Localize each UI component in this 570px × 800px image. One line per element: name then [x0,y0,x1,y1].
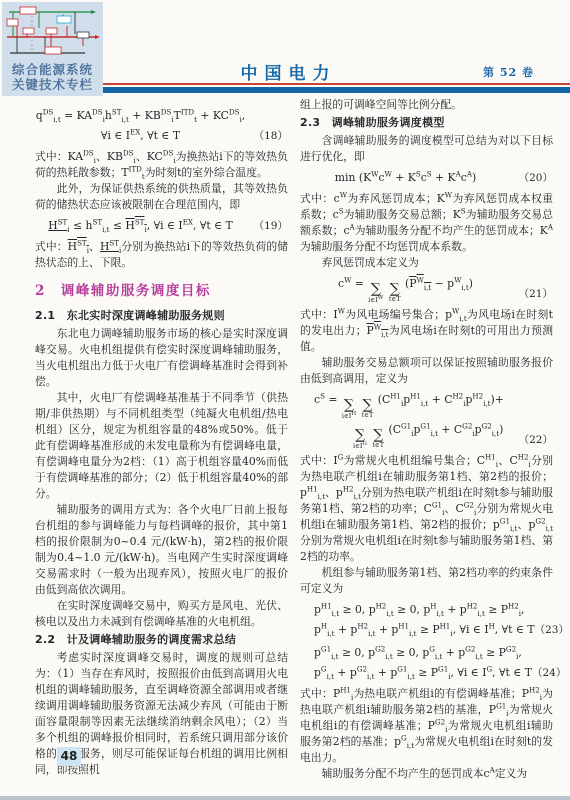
equation-18-number: （18） [246,126,288,146]
paragraph: 东北电力调峰辅助服务市场的核心是实时深度调峰交易。火电机组提供有偿实时深度调峰辅… [35,326,288,390]
paragraph: 辅助服务交易总额项可以保证按照辅助服务报价由低到高调用，定义为 [300,355,553,387]
equation-24: pG1i,t ≥ 0, pG2i,t ≥ 0, pGi,t + pG2i,t ≥… [300,643,553,683]
equation-24-line1: pG1i,t ≥ 0, pG2i,t ≥ 0, pGi,t + pG2i,t ≥… [314,643,532,663]
subsection-heading-2-1: 2.1 东北实时深度调峰辅助服务规则 [35,308,288,324]
equation-22-line2: ∑i∈IG ∑t∈T (CG1ipG1i,t + CG2ipG2i,t) [314,420,511,450]
equation-23: pH1i,t ≥ 0, pH2i,t ≥ 0, pHi,t + pH2i,t ≥… [300,600,553,640]
equation-22-number: （22） [511,430,553,450]
paragraph: 式中：HSTi、HSTi分别为换热站i下的等效热负荷的储热状态的上、下限。 [35,239,288,271]
equation-18: qDSi,t = KADSihSTi,t + KBDSiTITDt + KCDS… [35,106,288,146]
equation-20-number: （20） [511,168,553,188]
equation-20-line1: min (KWcW + KScS + KAcA) [300,168,511,188]
equation-18-line1: qDSi,t = KADSihSTi,t + KBDSiTITDt + KCDS… [35,106,246,126]
paragraph: 辅助服务分配不均产生的惩罚成本cA定义为 [300,766,553,782]
equation-24-line2: pGi,t + pG2i,t + pG1i,t ≥ PG1i, ∀i ∈ IG,… [314,663,532,683]
energy-system-diagram-icon [5,4,100,58]
equation-19-line1: HSTi ≤ hSTi,t ≤ HSTi, ∀i ∈ IEX, ∀t ∈ T [35,216,246,236]
header-rule-red [103,83,570,85]
subsection-heading-2-2: 2.2 计及调峰辅助服务的调度需求总结 [35,632,288,648]
header-rule-blue [103,87,570,93]
equation-22-line1: cS = ∑i∈IH ∑t∈T (CH1ipH1i,t + CH2ipH2i,t… [314,390,511,420]
paragraph: 此外，为保证供热系统的供热质量，其等效热负荷的储热状态应该被限制在合理范围内，即 [35,181,288,213]
paragraph: 在实时深度调峰交易中，购买方是风电、光伏、核电以及出力未减到有偿调峰基准的火电机… [35,598,288,630]
paragraph: 机组参与辅助服务第1档、第2档功率的约束条件可定义为 [300,565,553,597]
subsection-heading-2-3: 2.3 调峰辅助服务调度模型 [300,115,553,131]
paragraph: 组上报的可调峰空间等比例分配。 [300,97,553,113]
page-bottom-edge [0,796,570,800]
equation-23-number: （23） [535,620,569,640]
equation-21: cW = ∑i∈IW ∑t∈T (PWi,t − pWi,t) （21） [300,274,553,304]
paragraph: 其中，火电厂有偿调峰基准基于不同季节（供热期/非供热期）与不同机组类型（纯凝火电… [35,390,288,502]
equation-19: HSTi ≤ hSTi,t ≤ HSTi, ∀i ∈ IEX, ∀t ∈ T （… [35,216,288,236]
equation-21-line1: cW = ∑i∈IW ∑t∈T (PWi,t − pWi,t) [300,274,511,304]
paragraph: 弃风惩罚成本定义为 [300,255,553,271]
volume-label: 第 52 卷 [483,64,534,80]
equation-21-number: （21） [511,284,553,304]
page-number: 48 [57,747,81,766]
equation-20: min (KWcW + KScS + KAcA) （20） [300,168,553,188]
paragraph: 式中：PH1i为热电联产机组i的有偿调峰基准；PH2i为热电联产机组i辅助服务第… [300,686,553,766]
paragraph: 式中：IW为风电场编号集合；pWi,t为风电场i在时刻t的发电出力；PWi,t为… [300,307,553,355]
left-column: qDSi,t = KADSihSTi,t + KBDSiTITDt + KCDS… [35,103,288,778]
equation-19-number: （19） [246,216,288,236]
paragraph: 式中：cW为弃风惩罚成本；KW为弃风惩罚成本权重系数；cS为辅助服务交易总额；K… [300,191,553,255]
paragraph: 式中：KADSi、KBDSi、KCDSi为换热站i下的等效热负荷的热耗散参数；T… [35,149,288,181]
paragraph: 式中：IG为常规火电机组编号集合；CH1i、CH2i分别为热电联产机组i在辅助服… [300,453,553,565]
journal-page: 综合能源系统 关键技术专栏 中国电力 第 52 卷 qDSi,t = KADSi… [0,0,570,800]
equation-22: cS = ∑i∈IH ∑t∈T (CH1ipH1i,t + CH2ipH2i,t… [300,390,553,450]
equation-23-line2: pHi,t + pH2i,t + pH1i,t ≥ PH1i, ∀i ∈ IH,… [314,620,535,640]
equation-24-number: （24） [532,663,566,683]
section-heading-2: 2 调峰辅助服务调度目标 [35,283,288,299]
paragraph: 含调峰辅助服务的调度模型可总结为对以下目标进行优化，即 [300,133,553,165]
equation-18-line2: ∀i ∈ IEX, ∀t ∈ T [35,126,246,146]
paragraph: 辅助服务的调用方式为：各个火电厂日前上报每台机组的参与调峰能力与每档调峰的报价，… [35,502,288,598]
equation-23-line1: pH1i,t ≥ 0, pH2i,t ≥ 0, pHi,t + pH2i,t ≥… [314,600,535,620]
right-column: 组上报的可调峰空间等比例分配。 2.3 调峰辅助服务调度模型 含调峰辅助服务的调… [300,97,553,782]
